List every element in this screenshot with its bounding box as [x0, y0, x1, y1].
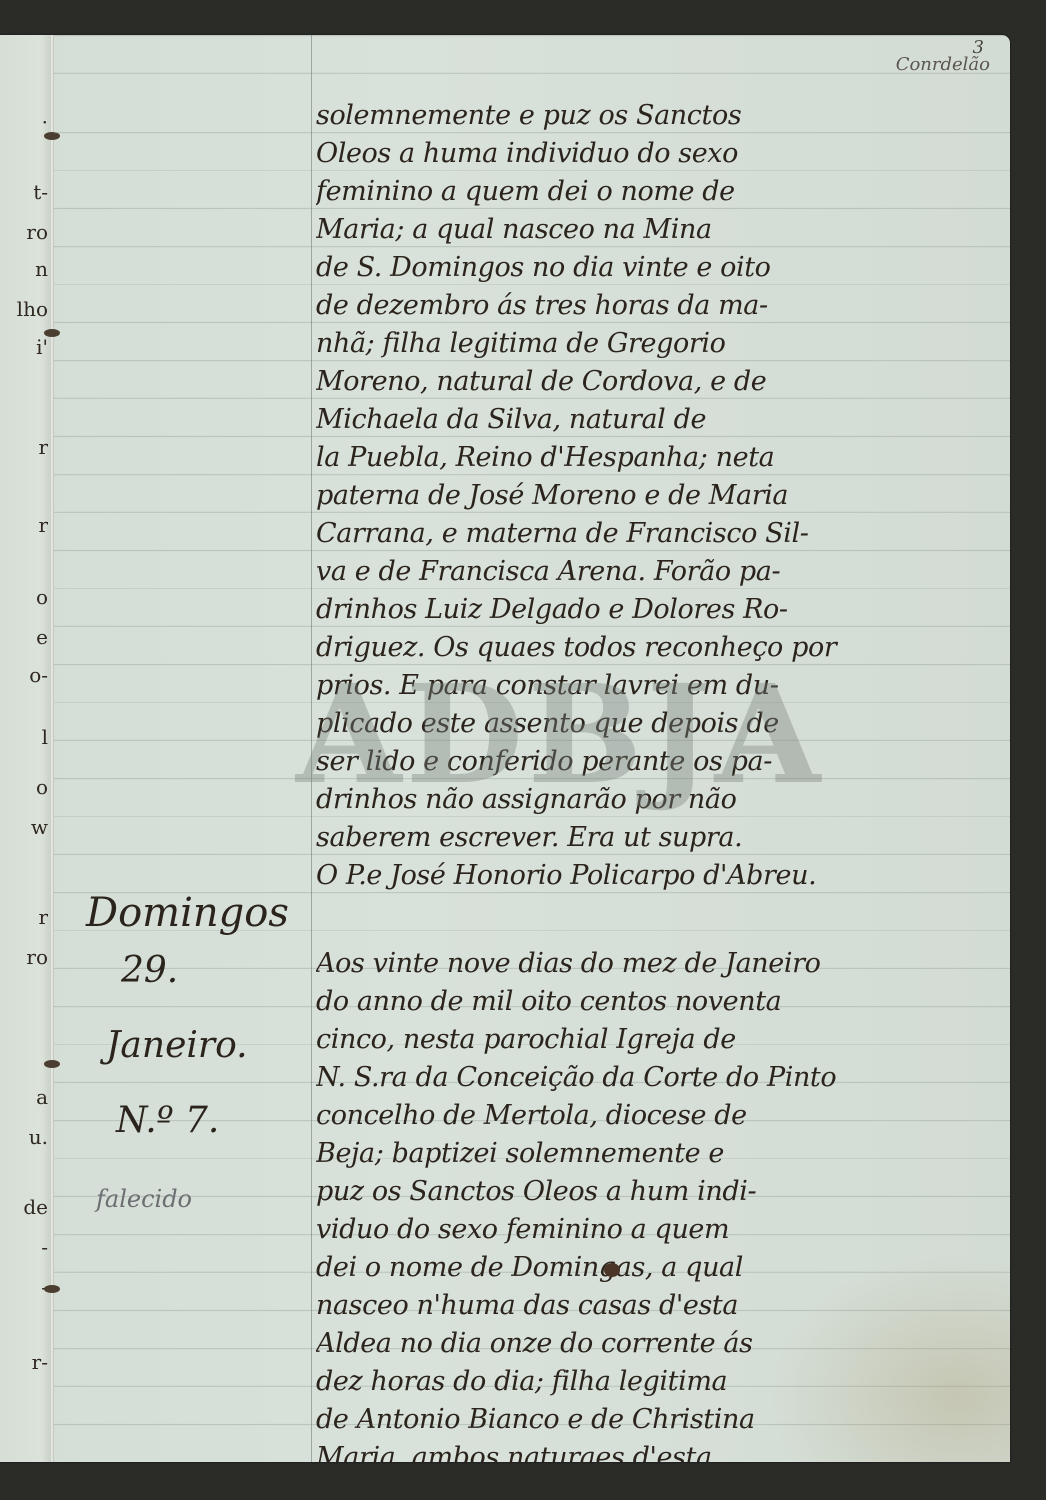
text-line: nasceo n'huma das casas d'esta — [316, 1287, 966, 1325]
text-line: viduo do sexo feminino a quem — [316, 1211, 966, 1249]
text-line: Moreno, natural de Cordova, e de — [316, 363, 966, 401]
text-line: nhã; filha legitima de Gregorio — [316, 325, 966, 363]
page-corner-notes: 3 Conrdelão — [868, 37, 998, 87]
text-line: concelho de Mertola, diocese de — [316, 1097, 966, 1135]
prev-page-fragment: w — [0, 815, 48, 839]
prev-page-fragment: u. — [0, 1125, 48, 1149]
prev-page-fragment: - — [0, 1275, 48, 1299]
prev-page-fragment: i' — [0, 335, 48, 359]
margin-entry-number: N.º 7. — [116, 1100, 219, 1141]
margin-day: 29. — [121, 950, 178, 991]
prev-page-fragment: r — [0, 905, 48, 929]
text-line: Oleos a huma individuo do sexo — [316, 135, 966, 173]
ink-blot — [604, 1263, 620, 1277]
text-line: paterna de José Moreno e de Maria — [316, 477, 966, 515]
prev-page-fragment: r — [0, 435, 48, 459]
priest-signature: O P.e José Honorio Policarpo d'Abreu. — [316, 857, 966, 895]
text-line: de Antonio Bianco e de Christina — [316, 1401, 966, 1439]
prev-page-fragment: · — [0, 110, 48, 134]
archive-watermark: ADBJA — [296, 667, 824, 803]
prev-page-fragment: e — [0, 625, 48, 649]
prev-page-fragment: ro — [0, 220, 48, 244]
text-line: solemnemente e puz os Sanctos — [316, 97, 966, 135]
entry-baptism-7: Aos vinte nove dias do mez de Janeiro do… — [316, 945, 966, 1462]
text-line: puz os Sanctos Oleos a hum indi- — [316, 1173, 966, 1211]
text-line: Beja; baptizei solemnemente e — [316, 1135, 966, 1173]
text-line: Michaela da Silva, natural de — [316, 401, 966, 439]
prev-page-fragment: lho — [0, 297, 48, 321]
prev-page-fragment: n — [0, 257, 48, 281]
prev-page-fragment: o — [0, 775, 48, 799]
text-line: drinhos Luiz Delgado e Dolores Ro- — [316, 591, 966, 629]
text-line: dei o nome de Domingas, a qual — [316, 1249, 966, 1287]
text-line: va e de Francisca Arena. Forão pa- — [316, 553, 966, 591]
text-line: Maria, ambos naturaes d'esta — [316, 1439, 966, 1462]
prev-page-fragment: de — [0, 1195, 48, 1219]
text-line: de dezembro ás tres horas da ma- — [316, 287, 966, 325]
margin-day-name: Domingos — [86, 890, 289, 936]
prev-page-fragment: - — [0, 1235, 48, 1259]
text-line: la Puebla, Reino d'Hespanha; neta — [316, 439, 966, 477]
text-line: saberem escrever. Era ut supra. — [316, 819, 966, 857]
prev-page-fragment: o- — [0, 663, 48, 687]
prev-page-fragment: l — [0, 725, 48, 749]
text-line: Aos vinte nove dias do mez de Janeiro — [316, 945, 966, 983]
corner-note: Conrdelão — [896, 54, 990, 75]
text-line: do anno de mil oito centos noventa — [316, 983, 966, 1021]
prev-page-fragment: o — [0, 585, 48, 609]
prev-page-fragment: r- — [0, 1350, 48, 1374]
text-line: de S. Domingos no dia vinte e oito — [316, 249, 966, 287]
text-line: dez horas do dia; filha legitima — [316, 1363, 966, 1401]
prev-page-fragment: a — [0, 1085, 48, 1109]
text-line: Aldea no dia onze do corrente ás — [316, 1325, 966, 1363]
text-line: feminino a quem dei o nome de — [316, 173, 966, 211]
prev-page-fragment: t- — [0, 180, 48, 204]
manuscript-page: · t- ro n lho i' r r o e o- l o w r ro a… — [0, 35, 1010, 1462]
text-line: N. S.ra da Conceição da Corte do Pinto — [316, 1059, 966, 1097]
prev-page-fragment: ro — [0, 945, 48, 969]
entry-separator — [316, 895, 966, 945]
text-line: cinco, nesta parochial Igreja de — [316, 1021, 966, 1059]
margin-pencil-annotation: falecido — [96, 1185, 192, 1213]
prev-page-fragment: r — [0, 513, 48, 537]
text-line: Carrana, e materna de Francisco Sil- — [316, 515, 966, 553]
margin-month: Janeiro. — [106, 1025, 248, 1066]
text-line: Maria; a qual nasceo na Mina — [316, 211, 966, 249]
previous-page-edge: · t- ro n lho i' r r o e o- l o w r ro a… — [0, 35, 52, 1462]
